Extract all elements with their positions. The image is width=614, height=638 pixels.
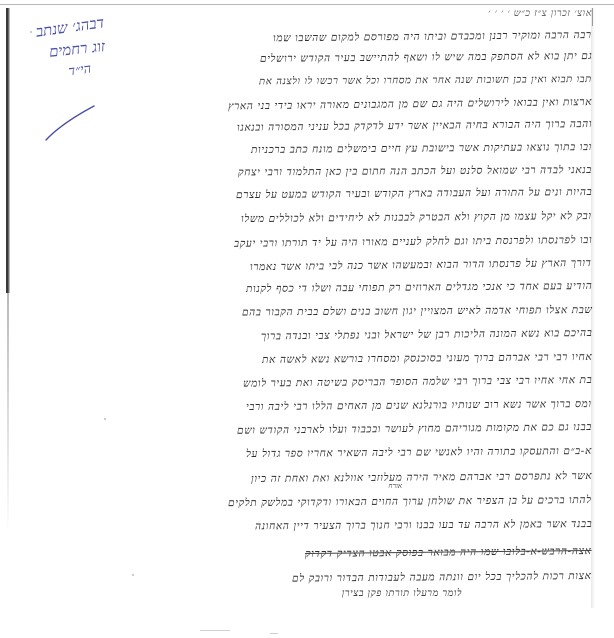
page-binding-edge-fade [7,293,9,533]
text-line: אחיו רבי רבי אברהם ברוך מעוני בסוכנסק ומ… [262,351,592,366]
text-line: ובו בתוך נוצאו בעתיקות אשר בישובת עץ חיי… [251,141,592,156]
text-line: בבנו גם כם את מקומות מגוריהם מחוץ לעושר … [237,421,592,437]
scan-smudge [200,630,230,631]
text-line: בת אחי אחיו רבי צבי ברוך רבי שלמה הסופר … [243,374,592,390]
text-line: בנאני לבדה רבי שמואל סלנט ועל הכתב הנה ח… [238,164,592,178]
text-line: אצות רכות להכליך בכל יום וונתה מעבה לעבו… [292,570,592,585]
text-line: להתו ברכים על בן הצפיר את שולחן ערוך החו… [228,494,592,509]
text-line: דורך הארץ על פרנסתו הדור הבוא ובמעשהו אש… [250,257,592,273]
margin-annotation: דבהג׳ שנתב זוג רחמים הי״ד [30,16,110,82]
scan-speck [104,418,106,420]
text-line: בהיות ונים על התורה ועל העבודה בארץ הקוד… [236,186,592,201]
text-line: רבה הרבה ומוקיר רבנן ומכבדם וביתו היה מפ… [273,29,592,44]
scan-right-corner-mark [592,8,593,26]
scan-smudge [270,633,278,634]
text-line: בהיכם בוא נשא המונה הליכות רבן של ישראל … [261,327,592,342]
interlinear-insertion: אורח [388,482,402,490]
text-line: ומס ברוך אשר נשא רוב שנותיו בורנלנא שנים… [246,398,592,413]
text-line: ובק לא יקל עצמו מן הקוץ ולא הבטרק לבבנות… [241,210,592,225]
page-binding-edge [6,8,10,293]
scan-top-border [0,4,614,5]
text-line: בבנד אשר באמן לא הרבה עד בעו בבנו ורבי ח… [255,518,592,532]
text-line: אשר לא נתפרסם רבי אברהם מאיר הירה מעלוזב… [251,470,592,485]
text-line: גם יתן בוא לא הסתפק במה שיש לו ושאף להתי… [259,50,592,65]
text-line: ארצות ואין בבואו לירושלים היה גם שם מן ה… [228,96,592,112]
text-line: לומר מרעלו תורתו פקן בצירן [342,588,462,599]
text-line: שבת אצלו תפוחי אדמה לאיש המצויין יגון חש… [242,304,592,318]
text-line: הודיע בעם אחד כי אנכי מגדלים הארוזים רק … [246,280,592,295]
scan-speck [132,574,134,576]
text-line: אוצ׳ זכרון צ״ז כ״ש ׳ ׳ ׳ ׳ [488,8,592,19]
text-line: א-ב״ם והתעסקו בתורה והיו לאנשי שם רבי לי… [246,445,592,460]
text-line: תבו תבוא ואין בכן תשובות שנה אחר את מסחר… [259,74,592,87]
text-line: ובו לפרנסתו ולפרנסת ביתו וגם לחלק לעניים… [234,234,592,250]
margin-annotation-underline-stroke [44,104,96,142]
text-line: והבה ברוך היה הבורא בחיה הבאיין אשר ידע … [237,118,592,134]
text-line-struck-through: אצה-הרבש-א-בלובו שמו היה מבואר בפוסק אבט… [305,545,592,560]
scan-speck [30,31,32,33]
